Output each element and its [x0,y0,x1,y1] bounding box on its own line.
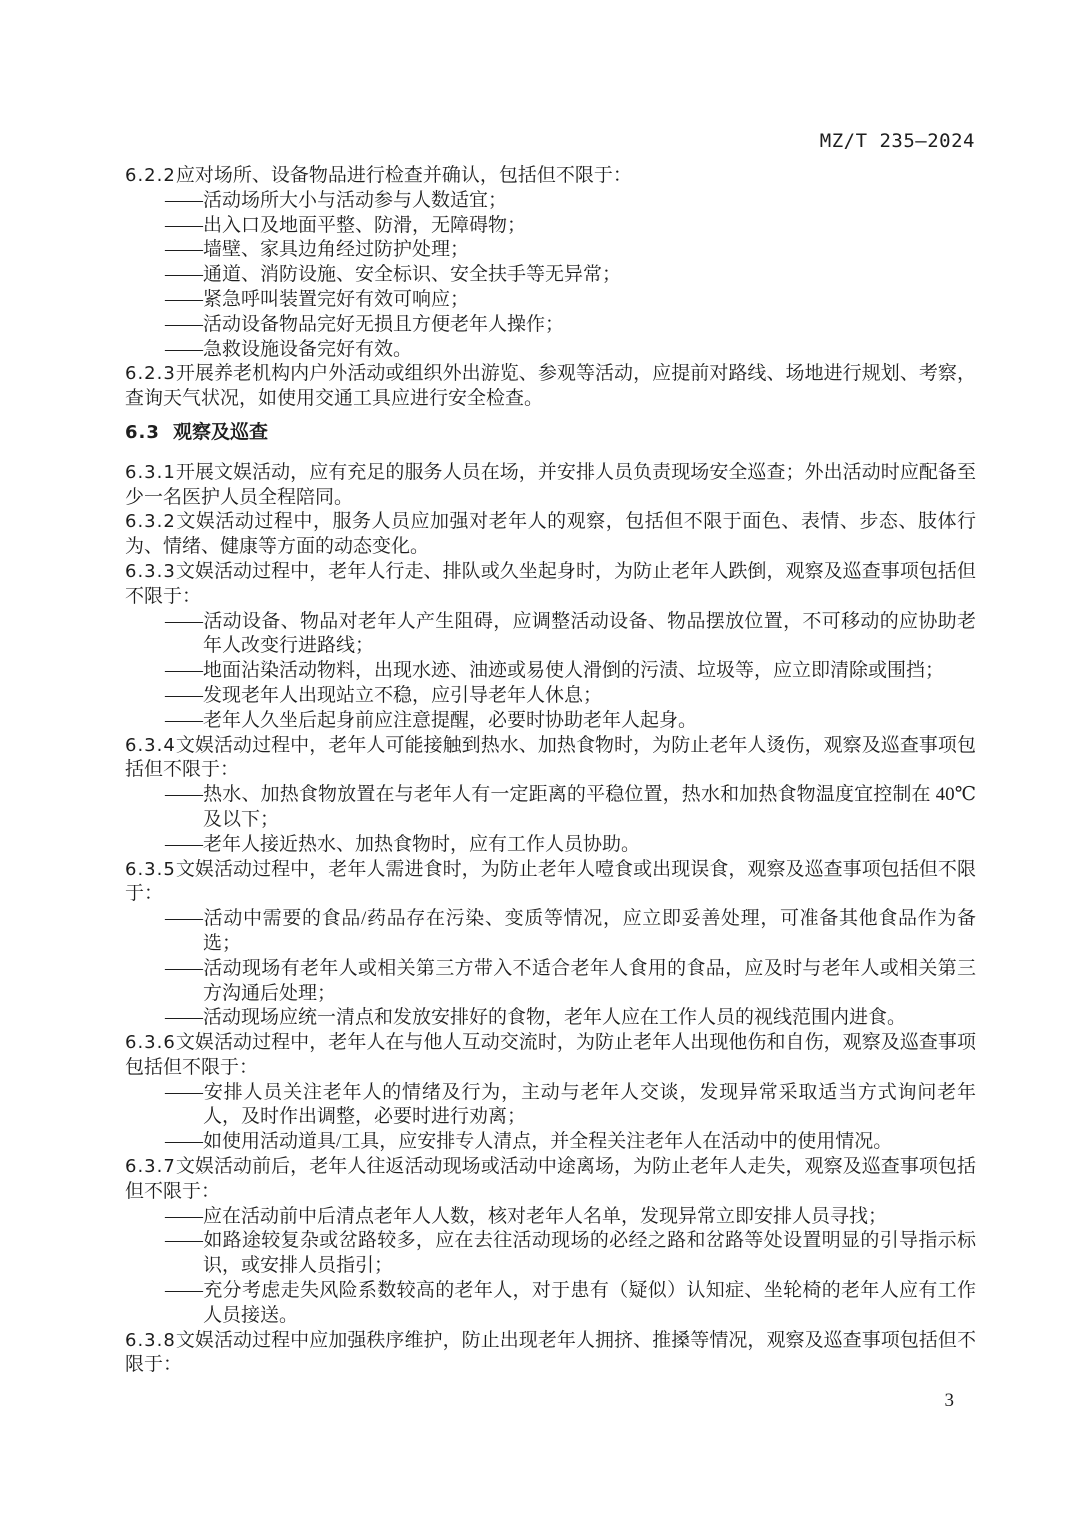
clause-text: 文娱活动过程中，老年人在与他人互动交流时，为防止老年人出现他伤和自伤，观察及巡查… [125,1032,976,1078]
dash-list-item: ——安排人员关注老年人的情绪及行为，主动与老年人交谈，发现异常采取适当方式询问老… [125,1081,976,1131]
dash-list-item: ——活动中需要的食品/药品存在污染、变质等情况，应立即妥善处理，可准备其他食品作… [125,907,976,957]
clause-text: 文娱活动过程中，老年人需进食时，为防止老年人噎食或出现误食，观察及巡查事项包括但… [125,859,976,905]
clause-number: 6.3.8 [125,1329,176,1354]
clause-number: 6.3.3 [125,560,176,585]
clause-text: 开展养老机构内户外活动或组织外出游览、参观等活动，应提前对路线、场地进行规划、考… [125,363,976,409]
clause-paragraph: 6.3.4文娱活动过程中，老年人可能接触到热水、加热食物时，为防止老年人烫伤，观… [125,734,976,784]
document-body: 6.2.2应对场所、设备物品进行检查并确认，包括但不限于：——活动场所大小与活动… [125,164,976,1378]
dash-list-item: ——应在活动前中后清点老年人人数，核对老年人名单，发现异常立即安排人员寻找； [125,1205,976,1230]
dash-list-item: ——墙壁、家具边角经过防护处理； [125,238,976,263]
clause-text: 文娱活动前后，老年人往返活动现场或活动中途离场，为防止老年人走失，观察及巡查事项… [125,1156,976,1202]
clause-text: 开展文娱活动，应有充足的服务人员在场，并安排人员负责现场安全巡查；外出活动时应配… [125,462,976,508]
dash-list-item: ——老年人接近热水、加热食物时，应有工作人员协助。 [125,833,976,858]
dash-list-item: ——如使用活动道具/工具，应安排专人清点，并全程关注老年人在活动中的使用情况。 [125,1130,976,1155]
clause-paragraph: 6.3.8文娱活动过程中应加强秩序维护，防止出现老年人拥挤、推搡等情况，观察及巡… [125,1329,976,1379]
clause-number: 6.3.2 [125,510,176,535]
section-heading: 6.3观察及巡查 [125,420,976,446]
dash-list-item: ——活动现场有老年人或相关第三方带入不适合老年人食用的食品，应及时与老年人或相关… [125,957,976,1007]
clause-number: 6.3.1 [125,461,176,486]
clause-paragraph: 6.3.5文娱活动过程中，老年人需进食时，为防止老年人噎食或出现误食，观察及巡查… [125,858,976,908]
dash-list-item: ——活动场所大小与活动参与人数适宜； [125,189,976,214]
document-page: MZ/T 235—2024 6.2.2应对场所、设备物品进行检查并确认，包括但不… [0,0,1074,1520]
dash-list-item: ——老年人久坐后起身前应注意提醒，必要时协助老年人起身。 [125,709,976,734]
clause-text: 应对场所、设备物品进行检查并确认，包括但不限于： [176,165,632,186]
clause-paragraph: 6.3.7文娱活动前后，老年人往返活动现场或活动中途离场，为防止老年人走失，观察… [125,1155,976,1205]
dash-list-item: ——活动现场应统一清点和发放安排好的食物，老年人应在工作人员的视线范围内进食。 [125,1006,976,1031]
clause-paragraph: 6.2.2应对场所、设备物品进行检查并确认，包括但不限于： [125,164,976,189]
clause-paragraph: 6.2.3开展养老机构内户外活动或组织外出游览、参观等活动，应提前对路线、场地进… [125,362,976,412]
dash-list-item: ——出入口及地面平整、防滑，无障碍物； [125,214,976,239]
clause-number: 6.3.7 [125,1155,176,1180]
clause-paragraph: 6.3.6文娱活动过程中，老年人在与他人互动交流时，为防止老年人出现他伤和自伤，… [125,1031,976,1081]
dash-list-item: ——发现老年人出现站立不稳，应引导老年人休息； [125,684,976,709]
dash-list-item: ——通道、消防设施、安全标识、安全扶手等无异常； [125,263,976,288]
dash-list-item: ——地面沾染活动物料，出现水迹、油迹或易使人滑倒的污渍、垃圾等，应立即清除或围挡… [125,659,976,684]
standard-code: MZ/T 235—2024 [820,130,975,152]
dash-list-item: ——热水、加热食物放置在与老年人有一定距离的平稳位置，热水和加热食物温度宜控制在… [125,783,976,833]
dash-list-item: ——活动设备物品完好无损且方便老年人操作； [125,313,976,338]
clause-paragraph: 6.3.3文娱活动过程中，老年人行走、排队或久坐起身时，为防止老年人跌倒，观察及… [125,560,976,610]
clause-number: 6.2.2 [125,164,176,189]
clause-paragraph: 6.3.2文娱活动过程中，服务人员应加强对老年人的观察，包括但不限于面色、表情、… [125,510,976,560]
clause-text: 文娱活动过程中，老年人可能接触到热水、加热食物时，为防止老年人烫伤，观察及巡查事… [125,735,976,781]
section-number: 6.3 [125,421,173,446]
dash-list-item: ——急救设施设备完好有效。 [125,338,976,363]
clause-text: 文娱活动过程中应加强秩序维护，防止出现老年人拥挤、推搡等情况，观察及巡查事项包括… [125,1330,976,1376]
clause-text: 文娱活动过程中，老年人行走、排队或久坐起身时，为防止老年人跌倒，观察及巡查事项包… [125,561,976,607]
clause-paragraph: 6.3.1开展文娱活动，应有充足的服务人员在场，并安排人员负责现场安全巡查；外出… [125,461,976,511]
clause-number: 6.3.4 [125,734,176,759]
dash-list-item: ——充分考虑走失风险系数较高的老年人，对于患有（疑似）认知症、坐轮椅的老年人应有… [125,1279,976,1329]
dash-list-item: ——如路途较复杂或岔路较多，应在去往活动现场的必经之路和岔路等处设置明显的引导指… [125,1229,976,1279]
clause-number: 6.3.5 [125,858,176,883]
clause-number: 6.3.6 [125,1031,176,1056]
clause-number: 6.2.3 [125,362,176,387]
clause-text: 文娱活动过程中，服务人员应加强对老年人的观察，包括但不限于面色、表情、步态、肢体… [125,511,976,557]
page-number: 3 [945,1390,955,1412]
dash-list-item: ——活动设备、物品对老年人产生阻碍，应调整活动设备、物品摆放位置，不可移动的应协… [125,610,976,660]
section-title: 观察及巡查 [173,421,268,443]
dash-list-item: ——紧急呼叫装置完好有效可响应； [125,288,976,313]
